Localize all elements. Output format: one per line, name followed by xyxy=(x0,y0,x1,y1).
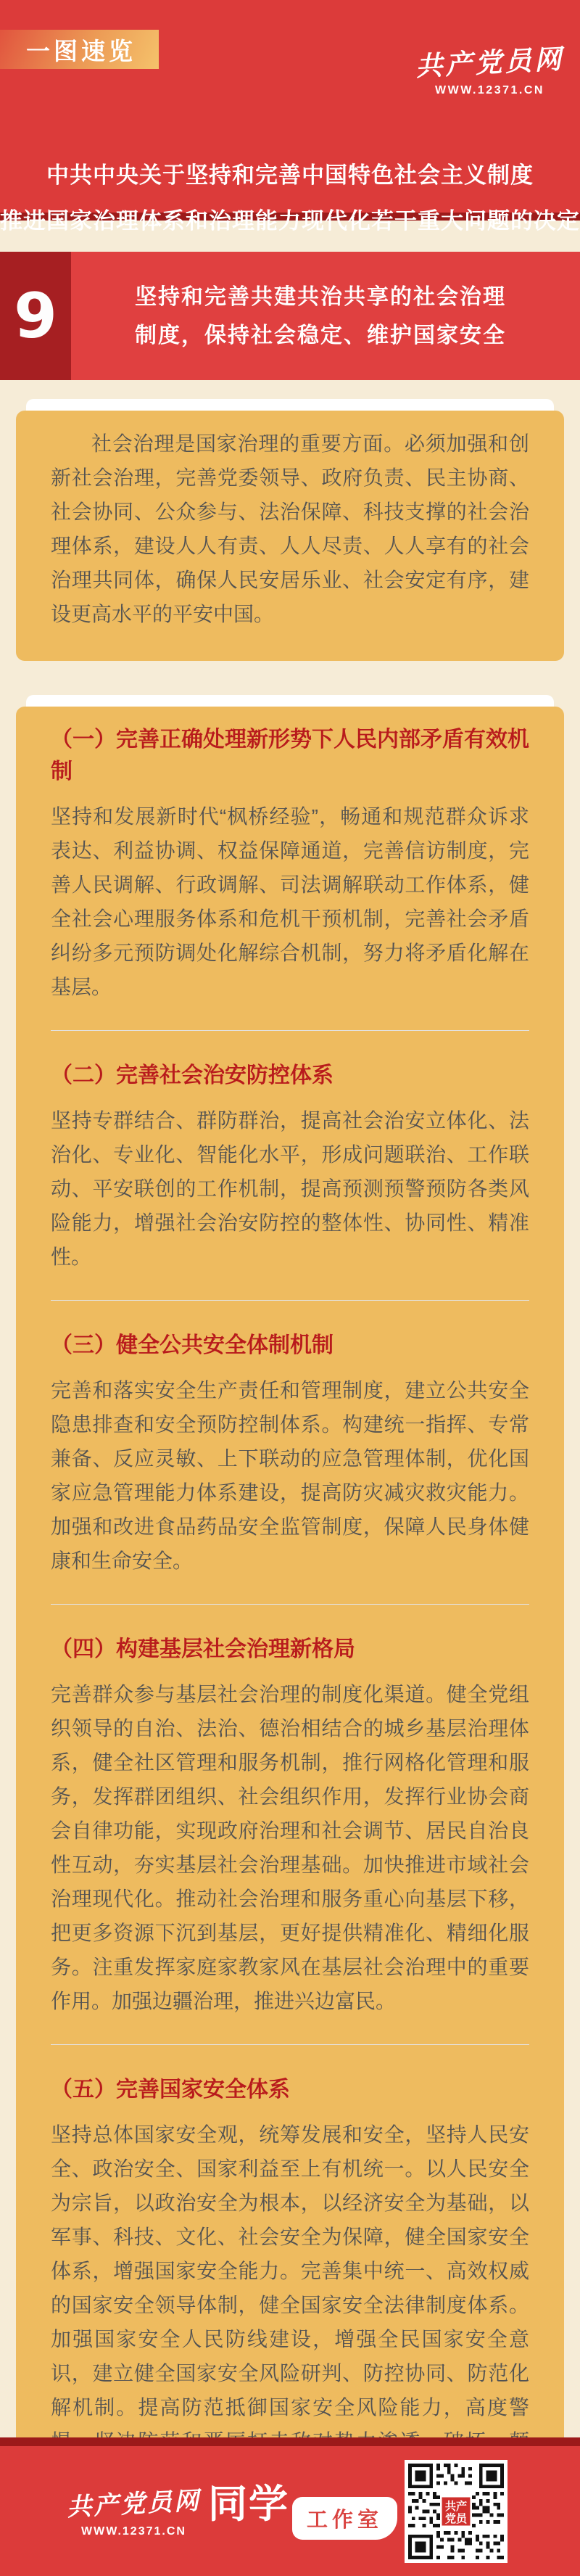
quick-view-badge: 一图速览 xyxy=(0,30,159,69)
section-3: （三）健全公共安全体制机制 完善和落实安全生产责任和管理制度，建立公共安全隐患排… xyxy=(51,1300,529,1604)
section-2-body: 坚持专群结合、群防群治，提高社会治安立体化、法治化、专业化、智能化水平，形成问题… xyxy=(51,1103,529,1274)
quick-view-badge-label: 一图速览 xyxy=(26,33,136,67)
chapter-banner: 9 坚持和完善共建共治共享的社会治理 制度，保持社会稳定、维护国家安全 xyxy=(0,252,580,380)
footer-logo-url: WWW.12371.CN xyxy=(67,2525,201,2538)
section-5-heading: （五）完善国家安全体系 xyxy=(51,2071,529,2103)
studio-badge-label: 工作室 xyxy=(307,2509,383,2532)
header: 一图速览 共产党员网 WWW.12371.CN 中共中央关于坚持和完善中国特色社… xyxy=(0,0,580,213)
footer-bar: 共产党员网 WWW.12371.CN 同学 工作室 xyxy=(0,2446,580,2576)
section-4-heading: （四）构建基层社会治理新格局 xyxy=(51,1631,529,1663)
section-2: （二）完善社会治安防控体系 坚持专群结合、群防群治，提高社会治安立体化、法治化、… xyxy=(51,1030,529,1300)
document-title: 中共中央关于坚持和完善中国特色社会主义制度 推进国家治理体系和治理能力现代化若干… xyxy=(0,152,580,244)
section-3-heading: （三）健全公共安全体制机制 xyxy=(51,1327,529,1359)
studio-badge: 工作室 xyxy=(292,2497,397,2540)
site-logo: 共产党员网 WWW.12371.CN xyxy=(415,41,564,97)
section-1: （一）完善正确处理新形势下人民内部矛盾有效机制 坚持和发展新时代“枫桥经验”，畅… xyxy=(51,695,529,1030)
document-title-line2: 推进国家治理体系和治理能力现代化若干重大问题的决定 xyxy=(0,198,580,244)
intro-card: 社会治理是国家治理的重要方面。必须加强和创新社会治理，完善党委领导、政府负责、民… xyxy=(26,399,554,651)
section-2-heading: （二）完善社会治安防控体系 xyxy=(51,1057,529,1089)
section-1-body: 坚持和发展新时代“枫桥经验”，畅通和规范群众诉求表达、利益协调、权益保障通道，完… xyxy=(51,799,529,1004)
studio-lockup: 同学 工作室 xyxy=(208,2482,397,2540)
sections-card: （一）完善正确处理新形势下人民内部矛盾有效机制 坚持和发展新时代“枫桥经验”，畅… xyxy=(26,695,554,2437)
qr-code: 共产 党员 xyxy=(405,2460,507,2563)
section-3-body: 完善和落实安全生产责任和管理制度，建立公共安全隐患排查和安全预防控制体系。构建统… xyxy=(51,1373,529,1578)
policy-poster: 一图速览 共产党员网 WWW.12371.CN 中共中央关于坚持和完善中国特色社… xyxy=(0,0,580,2576)
document-title-line1: 中共中央关于坚持和完善中国特色社会主义制度 xyxy=(0,152,580,198)
site-logo-calligraphy: 共产党员网 xyxy=(415,37,565,84)
chapter-heading-line1: 坚持和完善共建共治共享的社会治理 xyxy=(135,278,580,316)
footer-divider-rule xyxy=(0,2437,580,2446)
chapter-heading: 坚持和完善共建共治共享的社会治理 制度，保持社会稳定、维护国家安全 xyxy=(71,252,580,380)
studio-name: 同学 xyxy=(208,2482,289,2526)
section-4: （四）构建基层社会治理新格局 完善群众参与基层社会治理的制度化渠道。健全党组织领… xyxy=(51,1604,529,2044)
chapter-heading-line2: 制度，保持社会稳定、维护国家安全 xyxy=(135,316,580,355)
section-5: （五）完善国家安全体系 坚持总体国家安全观，统筹发展和安全，坚持人民安全、政治安… xyxy=(51,2044,529,2437)
footer: 共产党员网 WWW.12371.CN 同学 工作室 xyxy=(0,2437,580,2576)
site-logo-url: WWW.12371.CN xyxy=(415,84,564,97)
intro-paragraph: 社会治理是国家治理的重要方面。必须加强和创新社会治理，完善党委领导、政府负责、民… xyxy=(51,427,529,631)
section-5-body: 坚持总体国家安全观，统筹发展和安全，坚持人民安全、政治安全、国家利益至上有机统一… xyxy=(51,2118,529,2437)
qr-logo-text-line2: 党员 xyxy=(445,2512,468,2525)
chapter-number: 9 xyxy=(0,252,71,380)
section-1-heading: （一）完善正确处理新形势下人民内部矛盾有效机制 xyxy=(51,721,529,785)
section-4-body: 完善群众参与基层社会治理的制度化渠道。健全党组织领导的自治、法治、德治相结合的城… xyxy=(51,1677,529,2018)
qr-logo-text-line1: 共产 xyxy=(445,2500,467,2513)
content-area: 9 坚持和完善共建共治共享的社会治理 制度，保持社会稳定、维护国家安全 社会治理… xyxy=(0,221,580,2437)
footer-site-logo: 共产党员网 WWW.12371.CN xyxy=(67,2484,201,2538)
footer-logo-calligraphy: 共产党员网 xyxy=(66,2480,202,2523)
